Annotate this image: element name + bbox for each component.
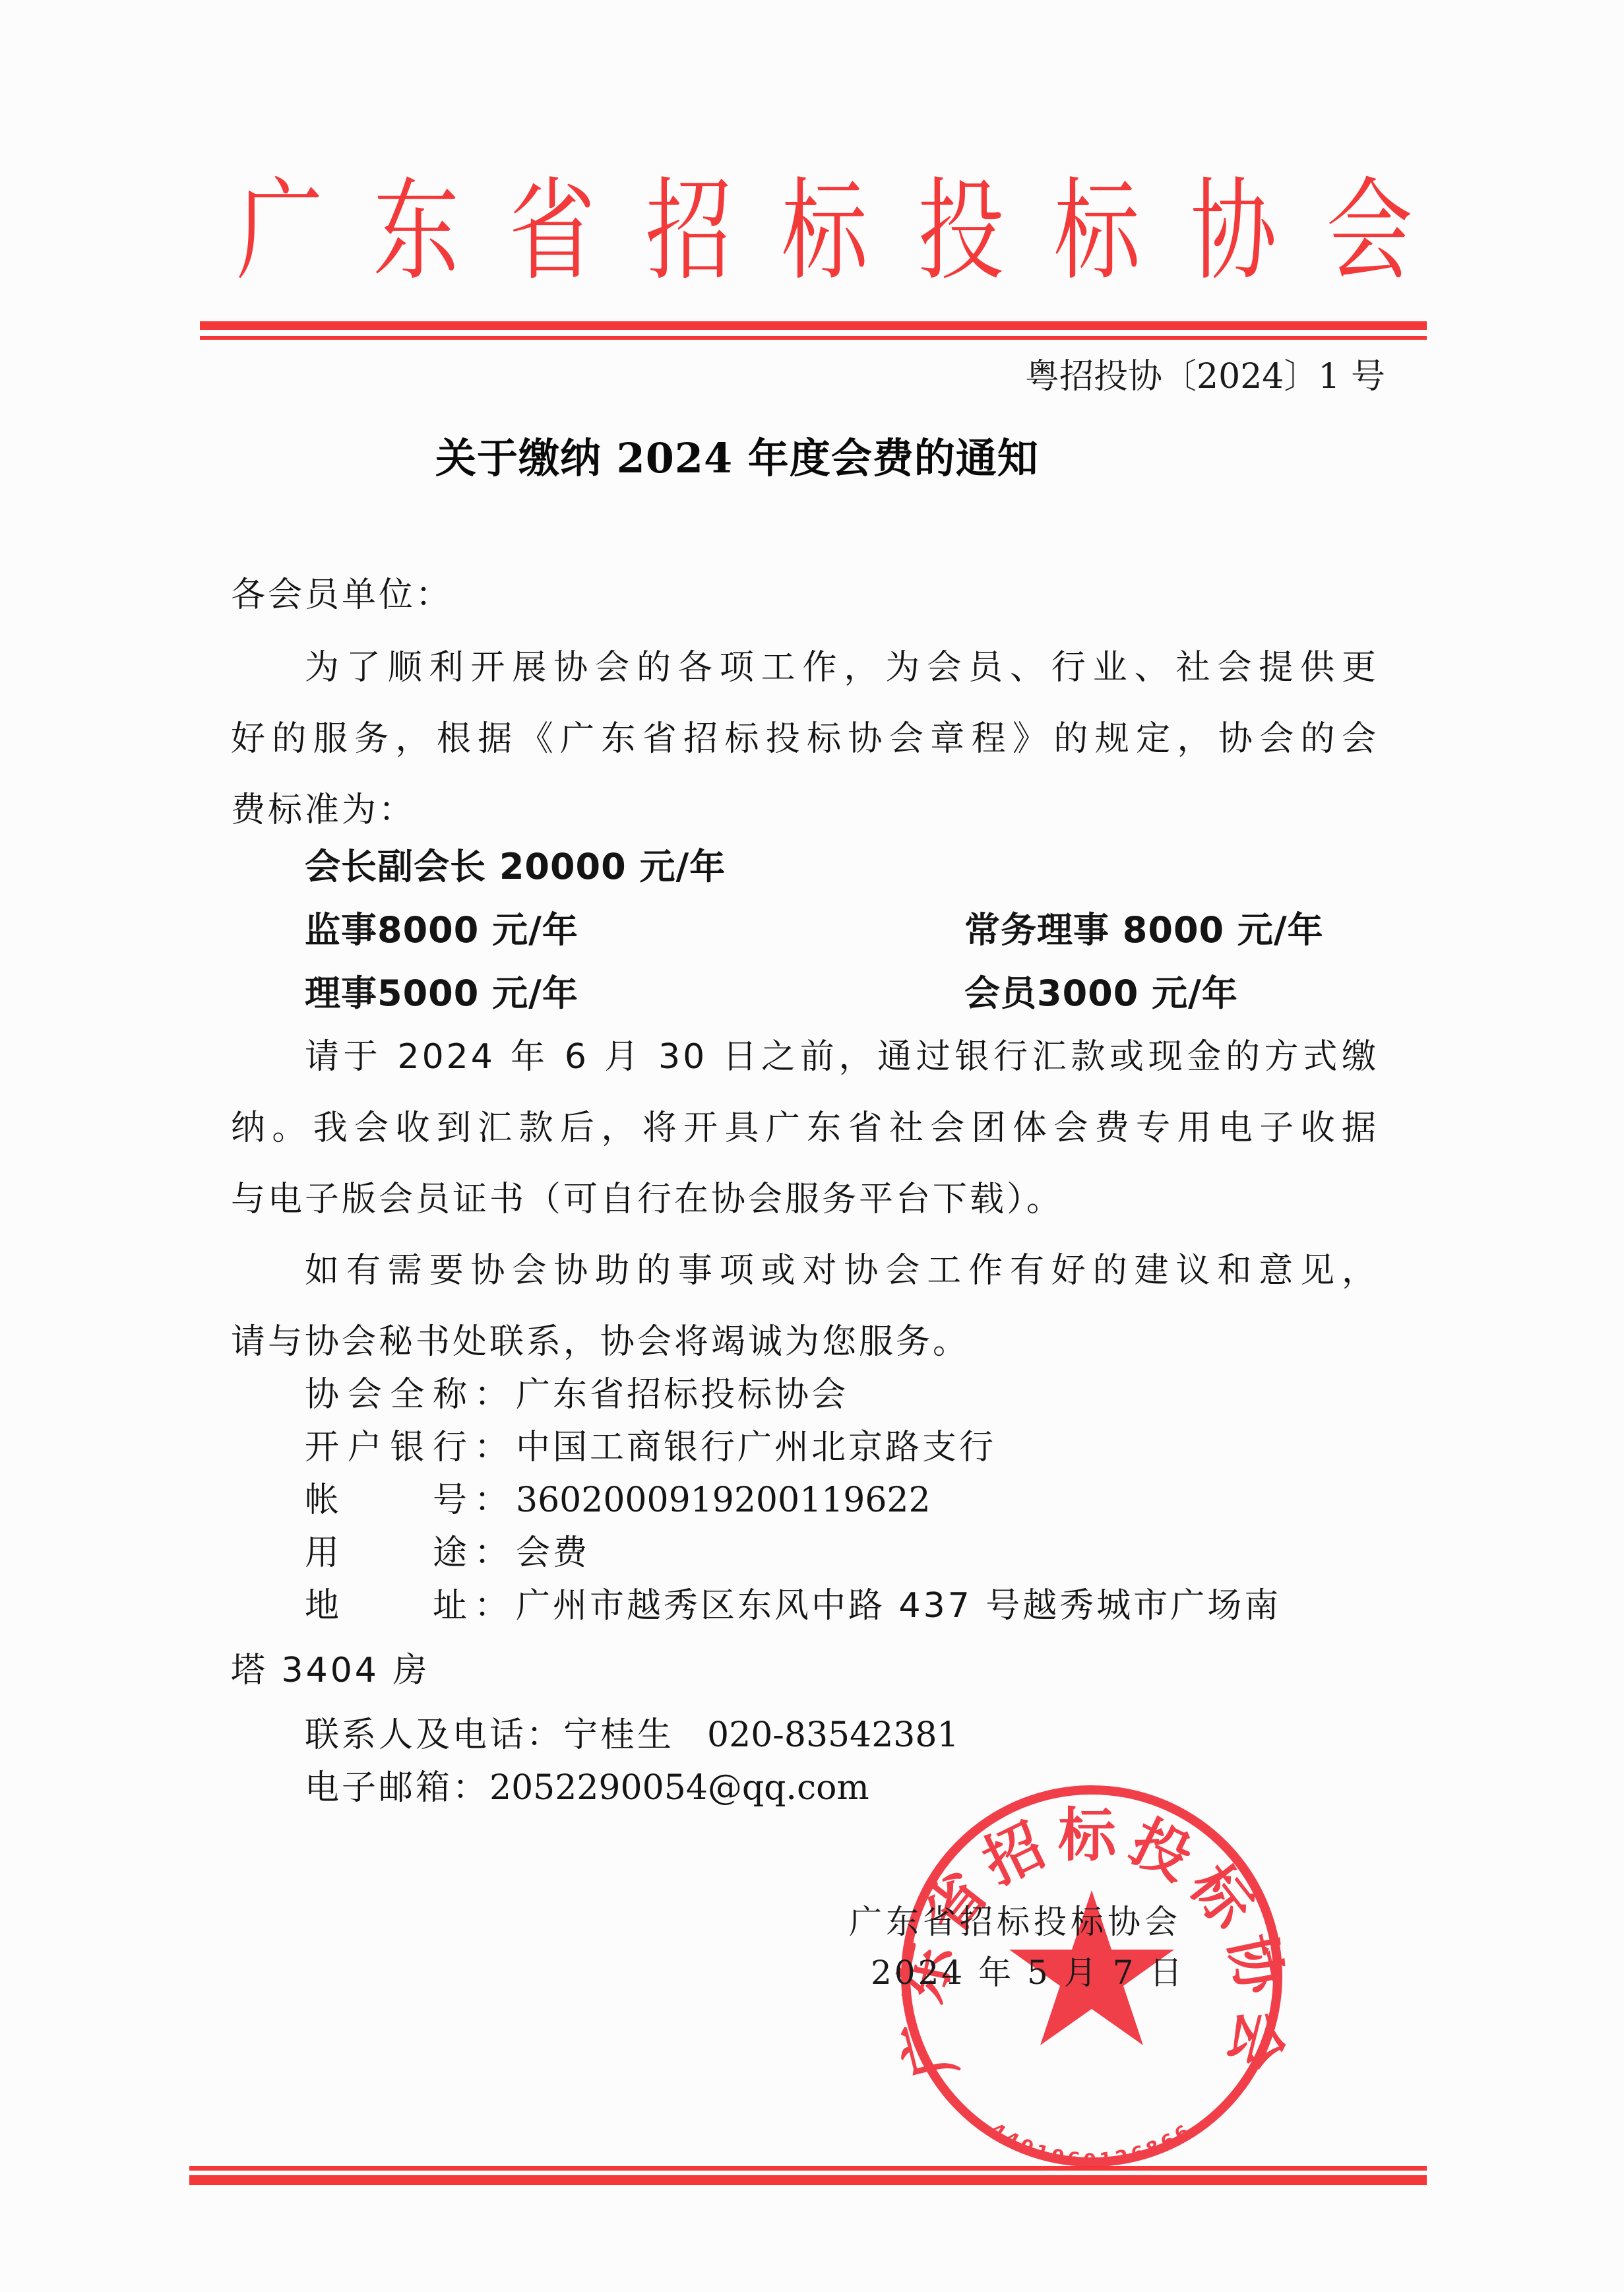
payment-paragraph-line: 纳。我会收到汇款后，将开具广东省社会团体会费专用电子收据 — [231, 1107, 1379, 1149]
header-rule-thick — [200, 321, 1427, 330]
info-label: 用途 — [305, 1532, 470, 1574]
contact-phone: 020-83542381 — [707, 1715, 959, 1755]
letterhead-char: 投 — [918, 165, 1004, 297]
letterhead-char: 广 — [236, 165, 323, 297]
info-row-bank: 开户银行：中国工商银行广州北京路支行 — [305, 1426, 996, 1469]
email-address: 2052290054@qq.com — [489, 1768, 869, 1808]
contact-paragraph-line: 请与协会秘书处联系，协会将竭诚为您服务。 — [231, 1321, 970, 1363]
info-label: 地址 — [305, 1585, 470, 1627]
fee-role: 监事 — [305, 909, 377, 951]
info-colon: ： — [470, 1426, 516, 1469]
letterhead-char: 省 — [509, 165, 595, 297]
document-title: 关于缴纳 2024 年度会费的通知 — [435, 429, 1227, 488]
info-colon: ： — [470, 1374, 516, 1416]
intro-paragraph-line: 费标准为： — [231, 789, 416, 831]
header-rule-thin — [200, 336, 1427, 340]
letterhead-char: 会 — [1326, 165, 1412, 297]
info-value: 中国工商银行广州北京路支行 — [516, 1428, 996, 1467]
info-colon: ： — [470, 1532, 516, 1574]
info-colon: ： — [470, 1479, 516, 1521]
info-label: 协会全称 — [305, 1374, 470, 1416]
document-page: 广 东 省 招 标 投 标 协 会 粤招投协〔2024〕1 号 关于缴纳 202… — [0, 0, 1624, 2292]
info-label: 电子邮箱： — [305, 1768, 489, 1808]
fee-president-vice-president: 会长副会长 20000 元/年 — [305, 846, 726, 888]
letterhead-char: 标 — [1053, 165, 1140, 297]
fee-amount: 3000 元/年 — [1037, 972, 1238, 1014]
info-row-address: 地址：广州市越秀区东风中路 437 号越秀城市广场南 — [305, 1585, 1281, 1627]
svg-text:4401060126866: 4401060126866 — [987, 2118, 1197, 2171]
info-value: 会费 — [516, 1533, 590, 1573]
info-label: 联系人及电话： — [305, 1715, 563, 1755]
payment-paragraph-line: 请于 2024 年 6 月 30 日之前，通过银行汇款或现金的方式缴 — [305, 1036, 1379, 1078]
contact-name: 宁桂生 — [563, 1715, 674, 1755]
contact-paragraph-line: 如有需要协会协助的事项或对协会工作有好的建议和意见， — [305, 1250, 1379, 1292]
letterhead-organization-name: 广 东 省 招 标 投 标 协 会 — [224, 165, 1425, 297]
fee-executive-director: 常务理事 8000 元/年 — [964, 909, 1324, 951]
letterhead-char: 东 — [373, 165, 459, 297]
info-row-full-name: 协会全称：广东省招标投标协会 — [305, 1374, 848, 1416]
letterhead-char: 招 — [645, 165, 732, 297]
info-row-account: 帐号：3602000919200119622 — [305, 1479, 931, 1521]
fee-role: 会长副会长 — [305, 846, 486, 887]
address-continuation: 塔 3404 房 — [231, 1649, 429, 1692]
info-value: 广东省招标投标协会 — [516, 1375, 848, 1415]
fee-amount: 20000 元/年 — [499, 846, 726, 887]
intro-paragraph-line: 为了顺利开展协会的各项工作，为会员、行业、社会提供更 — [305, 647, 1379, 689]
fee-role: 常务理事 — [964, 909, 1109, 951]
signature-organization: 广东省招标投标协会 — [849, 1899, 1181, 1945]
info-label: 开户银行 — [305, 1426, 470, 1469]
fee-supervisor: 监事8000 元/年 — [305, 909, 578, 951]
fee-amount: 5000 元/年 — [377, 972, 578, 1014]
fee-member: 会员3000 元/年 — [964, 972, 1238, 1015]
salutation: 各会员单位： — [231, 574, 453, 616]
fee-director: 理事5000 元/年 — [305, 972, 578, 1015]
fee-role: 理事 — [305, 972, 377, 1014]
payment-paragraph-line: 与电子版会员证书（可自行在协会服务平台下载）。 — [231, 1178, 1063, 1221]
info-row-purpose: 用途：会费 — [305, 1532, 590, 1574]
fee-role: 会员 — [964, 972, 1037, 1014]
info-label: 帐号 — [305, 1479, 470, 1521]
fee-amount: 8000 元/年 — [377, 909, 578, 951]
info-row-contact: 联系人及电话：宁桂生020-83542381 — [305, 1714, 959, 1756]
signature-date: 2024 年 5 月 7 日 — [871, 1950, 1185, 1996]
intro-paragraph-line: 好的服务，根据《广东省招标投标协会章程》的规定，协会的会 — [231, 718, 1379, 760]
document-number: 粤招投协〔2024〕1 号 — [963, 354, 1385, 400]
seal-code-text: 4401060126866 — [987, 2118, 1197, 2171]
letterhead-char: 标 — [781, 165, 867, 297]
letterhead-char: 协 — [1190, 165, 1276, 297]
fee-amount: 8000 元/年 — [1109, 909, 1324, 951]
info-row-email: 电子邮箱：2052290054@qq.com — [305, 1767, 869, 1809]
info-colon: ： — [470, 1585, 516, 1627]
info-value: 3602000919200119622 — [516, 1480, 931, 1520]
info-value: 广州市越秀区东风中路 437 号越秀城市广场南 — [516, 1586, 1281, 1626]
